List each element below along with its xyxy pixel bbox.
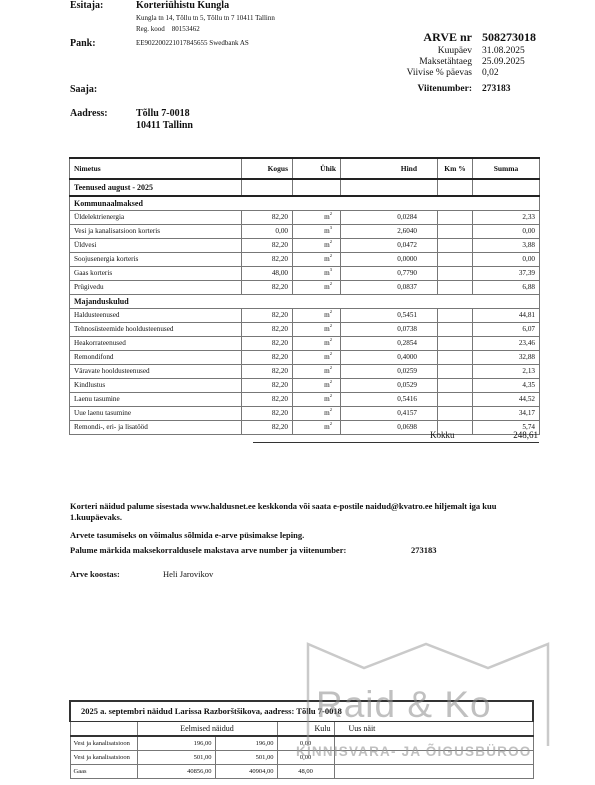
table-row: Remondifond82,20m20,400032,88 <box>70 351 540 365</box>
item-name: Üldelektrienergia <box>70 211 242 225</box>
unit-exponent: 2 <box>330 337 332 342</box>
table-row: Gaas korteris48,00m30,779037,39 <box>70 267 540 281</box>
readings-subheader: Eelmised näidud Kulu Uus näit <box>70 722 533 737</box>
item-price: 0,0529 <box>341 379 438 393</box>
item-unit: m3 <box>293 225 341 239</box>
item-vat <box>438 323 473 337</box>
item-name: Kindlustus <box>70 379 242 393</box>
table-row: Vesi ja kanalisatsioon korteris0,00m32,6… <box>70 225 540 239</box>
item-vat <box>438 281 473 295</box>
readings-title-row: 2025 a. septembri näidud Larissa Razborš… <box>70 701 533 722</box>
new-reading-field[interactable] <box>334 765 533 779</box>
recipient-address-line2: 10411 Tallinn <box>136 120 193 131</box>
item-qty: 82,20 <box>242 421 293 435</box>
item-unit: m2 <box>293 211 341 225</box>
reading-row: Gaas40856,0040904,0048,00 <box>70 765 533 779</box>
e-invoice-note: Arvete tasumiseks on võimalus sõlmida e-… <box>70 530 304 540</box>
due-date-row: Maksetähtaeg 25.09.2025 <box>380 57 580 68</box>
item-vat <box>438 225 473 239</box>
usage-header: Kulu <box>277 722 334 737</box>
unit-exponent: 2 <box>330 253 332 258</box>
item-vat <box>438 309 473 323</box>
item-qty: 48,00 <box>242 267 293 281</box>
payment-reference-number: 273183 <box>411 545 437 555</box>
col-sum: Summa <box>473 158 540 179</box>
item-sum: 2,33 <box>473 211 540 225</box>
invoice-number-row: ARVE nr 508273018 <box>380 30 580 46</box>
col-unit: Ühik <box>293 158 341 179</box>
item-qty: 82,20 <box>242 393 293 407</box>
item-name: Soojusenergia korteris <box>70 253 242 267</box>
item-vat <box>438 253 473 267</box>
item-price: 0,5416 <box>341 393 438 407</box>
item-qty: 82,20 <box>242 211 293 225</box>
seller-reg: Reg. kood 80153462 <box>136 25 200 33</box>
item-qty: 82,20 <box>242 379 293 393</box>
item-sum: 3,88 <box>473 239 540 253</box>
usage-value: 0,00 <box>277 751 334 765</box>
due-date-label: Maksetähtaeg <box>419 57 472 67</box>
item-unit: m2 <box>293 281 341 295</box>
item-unit: m2 <box>293 239 341 253</box>
unit-exponent: 2 <box>330 211 332 216</box>
item-vat <box>438 393 473 407</box>
item-price: 0,4157 <box>341 407 438 421</box>
invoice-date-label: Kuupäev <box>438 46 472 56</box>
table-row: Uue laenu tasumine82,20m20,415734,17 <box>70 407 540 421</box>
usage-value: 0,00 <box>277 736 334 751</box>
readings-note: Korteri näidud palume sisestada www.hald… <box>70 501 545 523</box>
item-unit: m2 <box>293 379 341 393</box>
table-row: Väravate hooldusteenused82,20m20,02592,1… <box>70 365 540 379</box>
item-sum: 6,07 <box>473 323 540 337</box>
previous-reading-1: 501,00 <box>137 751 215 765</box>
item-sum: 2,13 <box>473 365 540 379</box>
item-vat <box>438 337 473 351</box>
reference-number: 273183 <box>482 84 511 94</box>
table-header: Nimetus Kogus Ühik Hind Km % Summa <box>70 158 540 179</box>
item-sum: 0,00 <box>473 225 540 239</box>
section-header: Majanduskulud <box>70 295 540 309</box>
item-qty: 82,20 <box>242 323 293 337</box>
item-name: Väravate hooldusteenused <box>70 365 242 379</box>
table-row: Kindlustus82,20m20,05294,35 <box>70 379 540 393</box>
item-unit: m2 <box>293 351 341 365</box>
item-price: 0,0000 <box>341 253 438 267</box>
invoice-date-row: Kuupäev 31.08.2025 <box>380 46 580 57</box>
item-qty: 82,20 <box>242 309 293 323</box>
previous-readings-header: Eelmised näidud <box>137 722 277 737</box>
item-qty: 82,20 <box>242 281 293 295</box>
item-price: 0,2854 <box>341 337 438 351</box>
unit-exponent: 2 <box>330 281 332 286</box>
previous-reading-1: 196,00 <box>137 736 215 751</box>
reference-label: Viitenumber: <box>417 84 472 94</box>
item-name: Tehnosüsteemide hooldusteenused <box>70 323 242 337</box>
invoice-number: 508273018 <box>482 30 536 45</box>
item-sum: 23,46 <box>473 337 540 351</box>
item-qty: 82,20 <box>242 337 293 351</box>
table-row: Prügivedu82,20m20,08376,88 <box>70 281 540 295</box>
item-unit: m3 <box>293 267 341 281</box>
reference-row: Viitenumber: 273183 <box>380 84 580 95</box>
unit-exponent: 2 <box>330 421 332 426</box>
item-unit: m2 <box>293 365 341 379</box>
table-row: Üldvesi82,20m20,04723,88 <box>70 239 540 253</box>
item-unit: m2 <box>293 309 341 323</box>
item-unit: m2 <box>293 337 341 351</box>
previous-reading-2: 40904,00 <box>215 765 277 779</box>
total-divider <box>253 442 539 443</box>
item-unit: m2 <box>293 393 341 407</box>
item-vat <box>438 379 473 393</box>
unit-exponent: 2 <box>330 379 332 384</box>
item-qty: 82,20 <box>242 407 293 421</box>
item-sum: 0,00 <box>473 253 540 267</box>
item-price: 0,0259 <box>341 365 438 379</box>
item-name: Vesi ja kanalisatsioon korteris <box>70 225 242 239</box>
address-label: Aadress: <box>70 108 108 119</box>
new-reading-header: Uus näit <box>334 722 533 737</box>
item-name: Gaas korteris <box>70 267 242 281</box>
item-qty: 82,20 <box>242 351 293 365</box>
item-vat <box>438 351 473 365</box>
table-row: Haldusteenused82,20m20,545144,81 <box>70 309 540 323</box>
item-sum: 44,81 <box>473 309 540 323</box>
item-unit: m2 <box>293 253 341 267</box>
seller-name: Korteriühistu Kungla <box>136 0 229 11</box>
invoice-date: 31.08.2025 <box>482 46 525 56</box>
item-qty: 82,20 <box>242 239 293 253</box>
item-name: Remondi-, eri- ja lisatööd <box>70 421 242 435</box>
item-vat <box>438 267 473 281</box>
invoice-number-label: ARVE nr <box>423 30 472 45</box>
col-price: Hind <box>341 158 438 179</box>
item-vat <box>438 365 473 379</box>
item-name: Prügivedu <box>70 281 242 295</box>
item-name: Uue laenu tasumine <box>70 407 242 421</box>
reg-code-label: Reg. kood <box>136 25 165 33</box>
section-header: Kommunaalmaksed <box>70 196 540 211</box>
due-date: 25.09.2025 <box>482 57 525 67</box>
item-name: Laenu tasumine <box>70 393 242 407</box>
total-label: Kokku <box>430 430 455 440</box>
previous-reading-2: 501,00 <box>215 751 277 765</box>
item-vat <box>438 211 473 225</box>
item-sum: 37,39 <box>473 267 540 281</box>
item-price: 2,6040 <box>341 225 438 239</box>
item-name: Remondifond <box>70 351 242 365</box>
recipient-label: Saaja: <box>70 84 97 95</box>
reg-code: 80153462 <box>172 25 200 33</box>
item-sum: 4,35 <box>473 379 540 393</box>
item-unit: m2 <box>293 421 341 435</box>
item-price: 0,0837 <box>341 281 438 295</box>
table-row: Tehnosüsteemide hooldusteenused82,20m20,… <box>70 323 540 337</box>
section-title: Kommunaalmaksed <box>70 196 540 211</box>
item-qty: 0,00 <box>242 225 293 239</box>
unit-exponent: 2 <box>330 323 332 328</box>
unit-exponent: 2 <box>330 351 332 356</box>
previous-reading-2: 196,00 <box>215 736 277 751</box>
item-price: 0,5451 <box>341 309 438 323</box>
penalty-label: Viivise % päevas <box>407 68 472 78</box>
invoice-table: Nimetus Kogus Ühik Hind Km % Summa Teenu… <box>69 157 540 435</box>
item-price: 0,7790 <box>341 267 438 281</box>
section-title: Majanduskulud <box>70 295 540 309</box>
col-name: Nimetus <box>70 158 242 179</box>
item-vat <box>438 407 473 421</box>
item-unit: m2 <box>293 323 341 337</box>
reading-row: Vesi ja kanalisatsioon196,00196,000,00 <box>70 736 533 751</box>
bank-label: Pank: <box>70 38 96 49</box>
invoice-meta: ARVE nr 508273018 Kuupäev 31.08.2025 Mak… <box>380 30 580 95</box>
item-price: 0,0698 <box>341 421 438 435</box>
readings-title: 2025 a. septembri näidud Larissa Razborš… <box>70 701 533 722</box>
table-row: Heakorrateenused82,20m20,285423,46 <box>70 337 540 351</box>
previous-reading-1: 40856,00 <box>137 765 215 779</box>
item-unit: m2 <box>293 407 341 421</box>
seller-label: Esitaja: <box>70 0 103 11</box>
total-value: 248,61 <box>513 430 538 440</box>
seller-address: Kungla tn 14, Tõllu tn 5, Tõllu tn 7 104… <box>136 14 275 22</box>
table-row: Üldelektrienergia82,20m20,02842,33 <box>70 211 540 225</box>
unit-exponent: 3 <box>330 267 332 272</box>
period-row: Teenused august - 2025 <box>70 179 540 196</box>
unit-exponent: 2 <box>330 407 332 412</box>
unit-exponent: 2 <box>330 239 332 244</box>
item-sum: 44,52 <box>473 393 540 407</box>
item-qty: 82,20 <box>242 365 293 379</box>
bank-account: EE902200221017845655 Swedbank AS <box>136 39 249 47</box>
unit-exponent: 2 <box>330 309 332 314</box>
unit-exponent: 3 <box>330 225 332 230</box>
readings-table: 2025 a. septembri näidud Larissa Razborš… <box>69 700 534 779</box>
item-price: 0,0284 <box>341 211 438 225</box>
prepared-by-label: Arve koostas: <box>70 569 120 579</box>
table-row: Soojusenergia korteris82,20m20,00000,00 <box>70 253 540 267</box>
meter-name: Vesi ja kanalisatsioon <box>70 751 137 765</box>
item-sum: 34,17 <box>473 407 540 421</box>
unit-exponent: 2 <box>330 393 332 398</box>
item-sum: 6,88 <box>473 281 540 295</box>
period-label: Teenused august - 2025 <box>70 179 242 196</box>
table-row: Laenu tasumine82,20m20,541644,52 <box>70 393 540 407</box>
col-vat: Km % <box>438 158 473 179</box>
penalty-row: Viivise % päevas 0,02 <box>380 68 580 79</box>
col-qty: Kogus <box>242 158 293 179</box>
item-vat <box>438 239 473 253</box>
recipient-address-line1: Tõllu 7-0018 <box>136 108 190 119</box>
new-reading-field[interactable] <box>334 751 533 765</box>
meter-name: Vesi ja kanalisatsioon <box>70 736 137 751</box>
meter-name: Gaas <box>70 765 137 779</box>
usage-value: 48,00 <box>277 765 334 779</box>
item-price: 0,0472 <box>341 239 438 253</box>
item-price: 0,4000 <box>341 351 438 365</box>
unit-exponent: 2 <box>330 365 332 370</box>
penalty-rate: 0,02 <box>482 68 499 78</box>
item-name: Haldusteenused <box>70 309 242 323</box>
item-name: Üldvesi <box>70 239 242 253</box>
item-price: 0,0738 <box>341 323 438 337</box>
item-name: Heakorrateenused <box>70 337 242 351</box>
item-qty: 82,20 <box>242 253 293 267</box>
reading-row: Vesi ja kanalisatsioon501,00501,000,00 <box>70 751 533 765</box>
payment-reference-note: Palume märkida maksekorraldusele makstav… <box>70 545 346 555</box>
table-row: Remondi-, eri- ja lisatööd82,20m20,06985… <box>70 421 540 435</box>
new-reading-field[interactable] <box>334 736 533 751</box>
item-sum: 32,88 <box>473 351 540 365</box>
prepared-by-name: Heli Jarovikov <box>163 569 213 579</box>
